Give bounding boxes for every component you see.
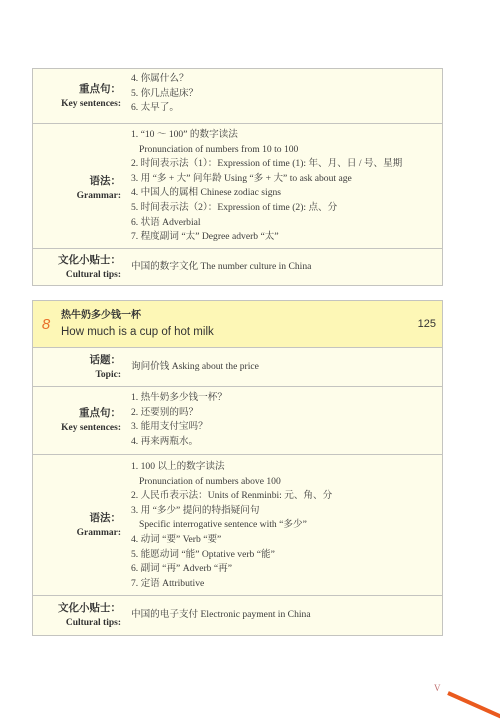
label-en: Topic: xyxy=(33,368,121,382)
grammar-item: 2. 人民币表示法：Units of Renminbi: 元、角、分 xyxy=(131,489,442,504)
grammar-row: 语法： Grammar: 1. “10 ～ 100” 的数字读法 Pronunc… xyxy=(33,123,442,248)
key-sentences-content: 4. 你属什么？ 5. 你几点起床？ 6. 太早了。 xyxy=(121,69,442,123)
label-zh: 话题： xyxy=(33,353,121,368)
key-sentences-label: 重点句： Key sentences: xyxy=(33,387,121,454)
grammar-label: 语法： Grammar: xyxy=(33,124,121,248)
grammar-content: 1. 100 以上的数字读法 Pronunciation of numbers … xyxy=(121,455,442,595)
grammar-item: 1. “10 ～ 100” 的数字读法 xyxy=(131,128,442,143)
label-zh: 文化小贴士： xyxy=(33,253,121,268)
label-zh: 语法： xyxy=(33,174,121,189)
sentence-item: 4. 你属什么？ xyxy=(131,72,442,87)
cultural-tips-label: 文化小贴士： Cultural tips: xyxy=(33,249,121,285)
sentence-item: 1. 热牛奶多少钱一杯？ xyxy=(131,391,442,406)
grammar-item: 5. 能愿动词 “能” Optative verb “能” xyxy=(131,548,442,563)
roman-page-marker: V xyxy=(434,683,441,693)
label-zh: 重点句： xyxy=(33,406,121,421)
label-en: Cultural tips: xyxy=(33,616,121,630)
sentence-item: 3. 能用支付宝吗？ xyxy=(131,420,442,435)
cultural-tips-content: 中国的电子支付 Electronic payment in China xyxy=(121,596,442,635)
grammar-item-sub: Pronunciation of numbers from 10 to 100 xyxy=(131,143,442,158)
key-sentences-row: 重点句： Key sentences: 4. 你属什么？ 5. 你几点起床？ 6… xyxy=(33,69,442,123)
grammar-item-sub: Specific interrogative sentence with “多少… xyxy=(131,518,442,533)
label-zh: 重点句： xyxy=(33,82,121,97)
label-zh: 语法： xyxy=(33,511,121,526)
lesson-number: 8 xyxy=(33,316,57,333)
grammar-label: 语法： Grammar: xyxy=(33,455,121,595)
lesson-title-en: How much is a cup of hot milk xyxy=(61,324,418,341)
lesson-header: 8 热牛奶多少钱一杯 How much is a cup of hot milk… xyxy=(33,301,442,348)
decorative-orange-stripe xyxy=(447,691,500,719)
lesson-titles: 热牛奶多少钱一杯 How much is a cup of hot milk xyxy=(57,308,418,341)
grammar-content: 1. “10 ～ 100” 的数字读法 Pronunciation of num… xyxy=(121,124,442,248)
grammar-row: 语法： Grammar: 1. 100 以上的数字读法 Pronunciatio… xyxy=(33,454,442,595)
grammar-item: 7. 程度副词 “太” Degree adverb “太” xyxy=(131,230,442,245)
cultural-tips-label: 文化小贴士： Cultural tips: xyxy=(33,596,121,635)
sentence-item: 4. 再来两瓶水。 xyxy=(131,435,442,450)
sentence-item: 5. 你几点起床？ xyxy=(131,87,442,102)
grammar-item: 3. 用 “多少” 提问的特指疑问句 xyxy=(131,504,442,519)
key-sentences-content: 1. 热牛奶多少钱一杯？ 2. 还要别的吗？ 3. 能用支付宝吗？ 4. 再来两… xyxy=(121,387,442,454)
lesson-title-zh: 热牛奶多少钱一杯 xyxy=(61,308,418,324)
grammar-item: 6. 状语 Adverbial xyxy=(131,216,442,231)
cultural-tips-row: 文化小贴士： Cultural tips: 中国的数字文化 The number… xyxy=(33,248,442,285)
key-sentences-label: 重点句： Key sentences: xyxy=(33,69,121,123)
grammar-item: 4. 中国人的属相 Chinese zodiac signs xyxy=(131,186,442,201)
cultural-tips-row: 文化小贴士： Cultural tips: 中国的电子支付 Electronic… xyxy=(33,595,442,635)
grammar-item: 6. 副词 “再” Adverb “再” xyxy=(131,562,442,577)
grammar-item: 1. 100 以上的数字读法 xyxy=(131,460,442,475)
label-en: Grammar: xyxy=(33,189,121,203)
grammar-item-sub: Pronunciation of numbers above 100 xyxy=(131,475,442,490)
topic-label: 话题： Topic: xyxy=(33,348,121,386)
cultural-tips-content: 中国的数字文化 The number culture in China xyxy=(121,249,442,285)
sentence-item: 2. 还要别的吗？ xyxy=(131,406,442,421)
grammar-item: 3. 用 “多 + 大” 问年龄 Using “多 + 大” to ask ab… xyxy=(131,172,442,187)
label-en: Key sentences: xyxy=(33,421,121,435)
sentence-item: 6. 太早了。 xyxy=(131,101,442,116)
label-zh: 文化小贴士： xyxy=(33,601,121,616)
grammar-item: 7. 定语 Attributive xyxy=(131,577,442,592)
grammar-item: 2. 时间表示法（1）：Expression of time (1): 年、月、… xyxy=(131,157,442,172)
grammar-item: 4. 动词 “要” Verb “要” xyxy=(131,533,442,548)
key-sentences-row: 重点句： Key sentences: 1. 热牛奶多少钱一杯？ 2. 还要别的… xyxy=(33,386,442,454)
topic-content: 询问价钱 Asking about the price xyxy=(121,348,442,386)
label-en: Key sentences: xyxy=(33,97,121,111)
page-number: 125 xyxy=(418,318,442,330)
grammar-item: 5. 时间表示法（2）：Expression of time (2): 点、分 xyxy=(131,201,442,216)
label-en: Grammar: xyxy=(33,526,121,540)
topic-row: 话题： Topic: 询问价钱 Asking about the price xyxy=(33,348,442,386)
lesson-8-table: 8 热牛奶多少钱一杯 How much is a cup of hot milk… xyxy=(32,300,443,636)
label-en: Cultural tips: xyxy=(33,268,121,282)
lesson-7-table: 重点句： Key sentences: 4. 你属什么？ 5. 你几点起床？ 6… xyxy=(32,68,443,286)
